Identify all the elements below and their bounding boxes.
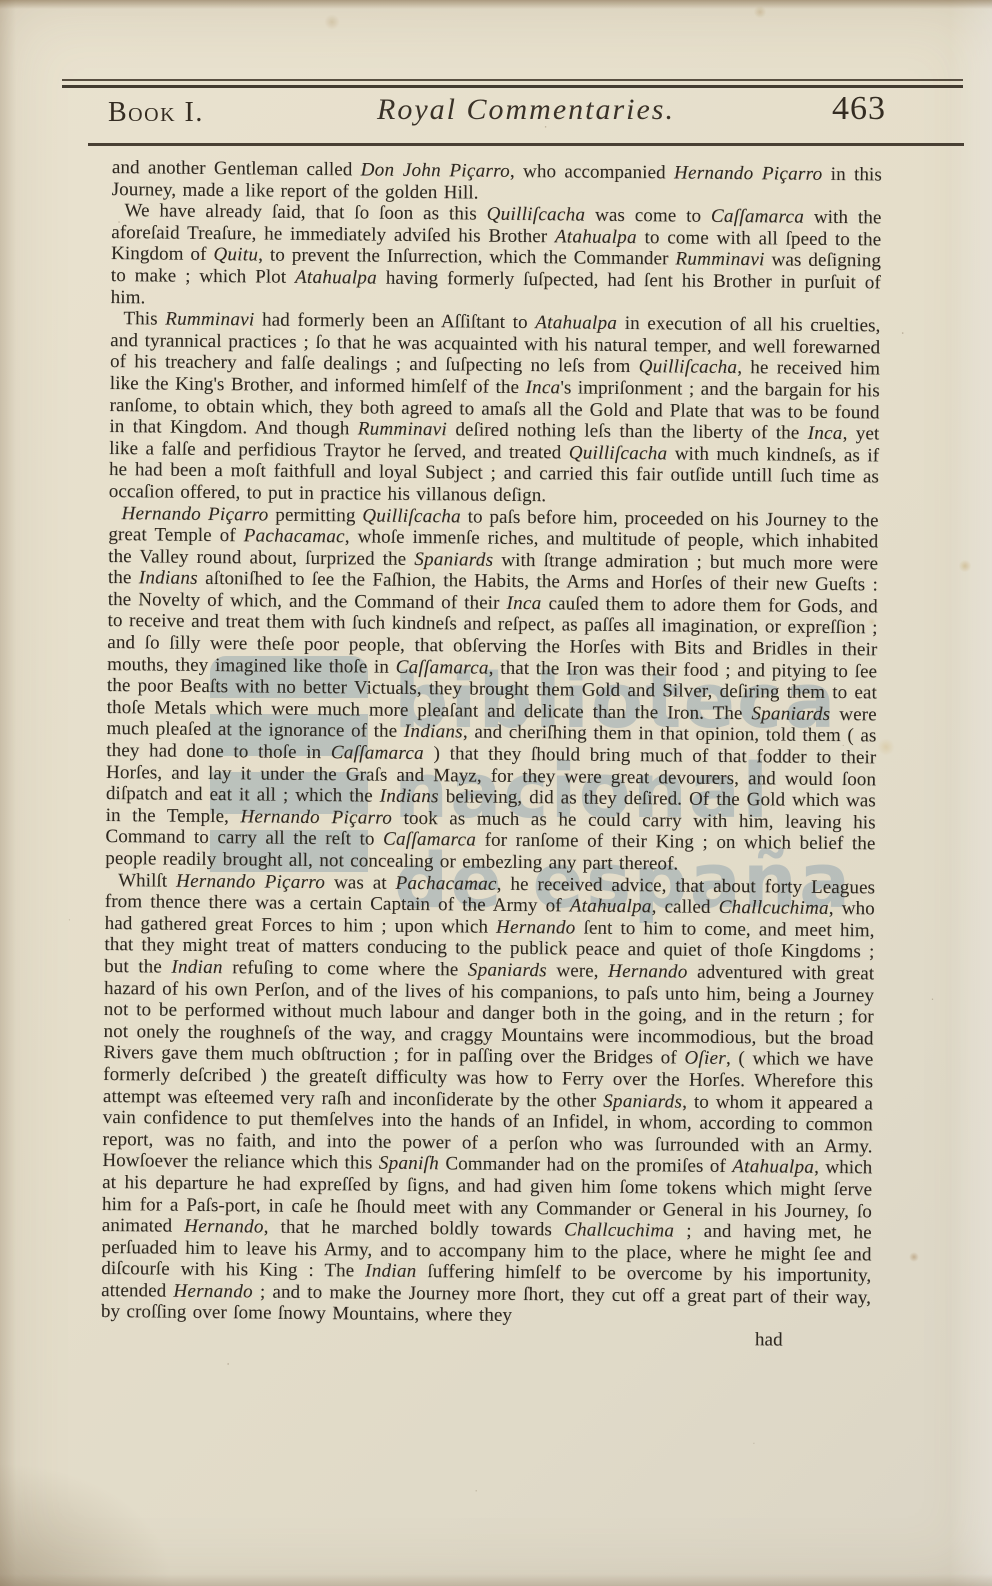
italic-text-run: Atahualpa bbox=[535, 312, 617, 334]
text-run: This bbox=[123, 308, 165, 329]
text-run: permitting bbox=[268, 504, 362, 526]
italic-text-run: Atahualpa bbox=[295, 267, 377, 289]
italic-text-run: Quitu bbox=[213, 244, 258, 265]
paragraph: This Rumminavi had formerly been an Aſſi… bbox=[109, 308, 881, 510]
text-run: We have already ſaid, that ſo ſoon as th… bbox=[124, 200, 486, 224]
page-number: 463 bbox=[832, 90, 886, 128]
italic-text-run: Spaniards bbox=[603, 1090, 682, 1112]
italic-text-run: Spaniards bbox=[414, 549, 493, 571]
text-run: and another Gentleman called bbox=[112, 157, 361, 180]
italic-text-run: Indians bbox=[380, 786, 439, 808]
italic-text-run: Caſſamarca bbox=[383, 829, 476, 851]
italic-text-run: Spaniards bbox=[751, 703, 830, 725]
text-run: was at bbox=[325, 872, 396, 894]
italic-text-run: Don John Piçarro bbox=[361, 159, 510, 181]
text-run: had formerly been an Aſſiſtant to bbox=[254, 310, 535, 334]
italic-text-run: Pachacamac bbox=[244, 525, 345, 547]
italic-text-run: Hernando Piçarro bbox=[674, 162, 823, 184]
italic-text-run: Caſſamarca bbox=[396, 656, 489, 678]
italic-text-run: Spaniſh bbox=[379, 1153, 439, 1175]
italic-text-run: Hernando bbox=[184, 1216, 264, 1238]
italic-text-run: Hernando Piçarro bbox=[240, 806, 392, 828]
italic-text-run: Pachacamac bbox=[395, 872, 496, 894]
header-bottom-rule bbox=[88, 143, 964, 146]
italic-text-run: Atahualpa bbox=[570, 896, 652, 918]
text-run: refuſing to come where the bbox=[223, 957, 468, 980]
italic-text-run: Atahualpa bbox=[732, 1156, 814, 1178]
text-run: were, bbox=[547, 960, 608, 982]
italic-text-run: Indian bbox=[365, 1261, 417, 1282]
italic-text-run: Hernando Piçarro bbox=[121, 503, 268, 525]
italic-text-run: Rumminavi bbox=[358, 418, 447, 440]
italic-text-run: Indians bbox=[139, 568, 198, 590]
text-run: , that he marched boldly towards bbox=[264, 1217, 565, 1241]
italic-text-run: Hernando bbox=[173, 1281, 253, 1303]
text-run: Whilſt bbox=[118, 870, 176, 892]
italic-text-run: Atahualpa bbox=[555, 226, 637, 248]
header-top-double-rule bbox=[62, 79, 963, 88]
paragraph: We have already ſaid, that ſo ſoon as th… bbox=[111, 200, 882, 315]
italic-text-run: Rumminavi bbox=[165, 309, 254, 331]
italic-text-run: Spaniards bbox=[468, 959, 547, 981]
italic-text-run: Quilliſcacha bbox=[569, 442, 668, 464]
italic-text-run: Hernando bbox=[608, 961, 688, 983]
italic-text-run: Hernando bbox=[496, 917, 576, 939]
paragraph: Hernando Piçarro permitting Quilliſcacha… bbox=[105, 502, 878, 876]
italic-text-run: Caſſamarca bbox=[711, 206, 804, 228]
italic-text-run: Oſier bbox=[684, 1048, 726, 1069]
italic-text-run: Inca bbox=[506, 593, 541, 614]
italic-text-run: Challcuchima bbox=[719, 897, 829, 919]
italic-text-run: Caſſamarca bbox=[331, 742, 424, 764]
book-page-scan: Book I. Royal Commentaries. 463 bibliote… bbox=[0, 0, 992, 1586]
italic-text-run: Hernando Piçarro bbox=[176, 870, 325, 892]
text-run: , called bbox=[652, 896, 719, 918]
italic-text-run: Quilliſcacha bbox=[639, 356, 738, 378]
text-run: deſired nothing leſs than the liberty of… bbox=[447, 419, 808, 443]
body-text: and another Gentleman called Don John Pi… bbox=[101, 157, 882, 1352]
italic-text-run: Rumminavi bbox=[675, 249, 764, 271]
italic-text-run: Quilliſcacha bbox=[487, 204, 586, 226]
italic-text-run: Inca bbox=[525, 377, 560, 398]
book-label: Book I. bbox=[108, 97, 204, 129]
text-run: Commander had on the promiſes of bbox=[439, 1153, 733, 1177]
italic-text-run: Quilliſcacha bbox=[362, 505, 461, 527]
text-run: was come to bbox=[585, 205, 711, 227]
italic-text-run: Inca bbox=[808, 423, 843, 444]
italic-text-run: Indian bbox=[171, 957, 223, 978]
paragraph: and another Gentleman called Don John Pi… bbox=[112, 157, 882, 208]
paragraph: Whilſt Hernando Piçarro was at Pachacama… bbox=[101, 870, 875, 1331]
italic-text-run: Challcuchima bbox=[564, 1219, 674, 1241]
running-title: Royal Commentaries. bbox=[260, 93, 792, 127]
text-run: , who accompanied bbox=[510, 161, 674, 184]
italic-text-run: Indians bbox=[404, 721, 463, 743]
